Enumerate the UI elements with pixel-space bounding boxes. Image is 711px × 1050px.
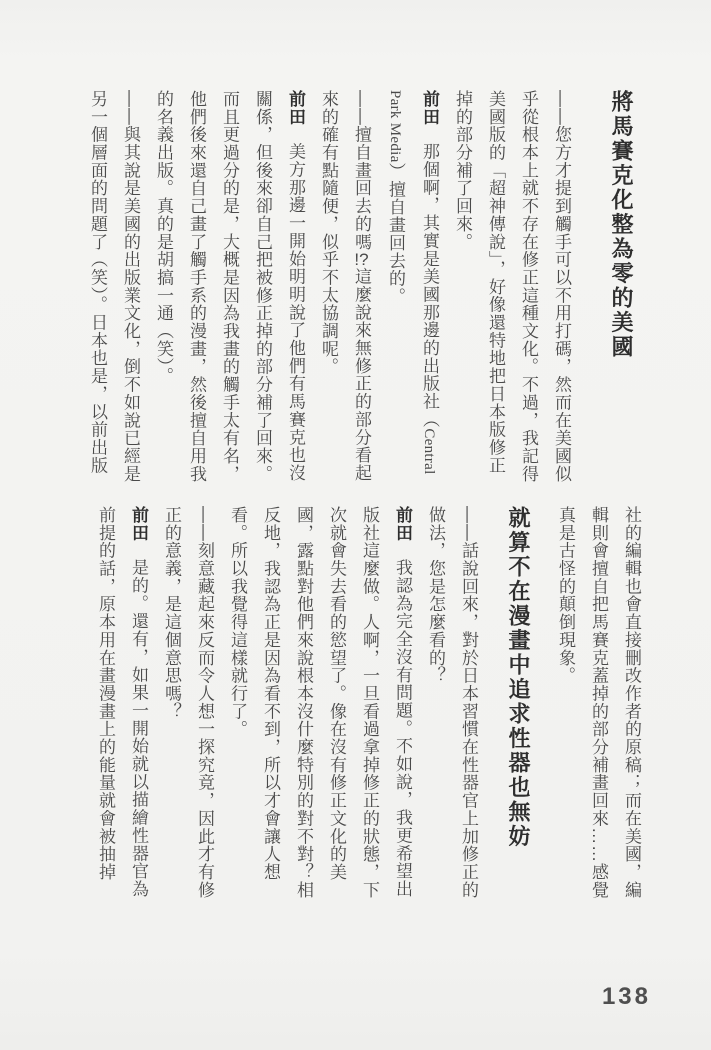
speaker-label: 前田: [393, 506, 412, 542]
bottom-text-band: 社的編輯也會直接刪改作者的原稿；而在美國，編輯則會擅自把馬賽克蓋掉的部分補畫回來…: [89, 506, 648, 900]
section-heading-mosaic-usa: 將馬賽克化整為零的美國: [604, 90, 638, 484]
speaker-label: 前田: [129, 506, 148, 542]
question-text: ——刻意藏起來反而令人想一探究竟，因此才有修正的意義，是這個意思嗎？: [162, 506, 214, 899]
maeda-answer: 前田那個啊，其實是美國那邊的出版社（Central Park Media）擅自畫…: [378, 90, 446, 484]
answer-text: 那個啊，其實是美國那邊的出版社（: [420, 143, 439, 429]
answer-text: 是的。還有，如果一開始就以描繪性器官為前提的話，原本用在畫漫畫上的能量就會被抽掉: [96, 506, 148, 898]
question-text: 社的編輯也會直接刪改作者的原稿；而在美國，編輯則會擅自把馬賽克蓋掉的部分補畫回來…: [556, 506, 641, 899]
question-text: ——話說回來，對於日本習慣在性器官上加修正的做法，您是怎麼看的？: [426, 506, 478, 899]
interviewer-question: ——話說回來，對於日本習慣在性器官上加修正的做法，您是怎麼看的？: [419, 506, 485, 900]
question-text: ——您方才提到觸手可以不用打碼，然而在美國似乎從根本上就不存在修正這種文化。不過…: [453, 90, 571, 483]
maeda-answer: 前田是的。還有，如果一開始就以描繪性器官為前提的話，原本用在畫漫畫上的能量就會被…: [89, 506, 155, 900]
question-text: ——與其說是美國的出版業文化，倒不如說已經是另一個層面的問題了（笑）。日本也是，…: [88, 90, 140, 483]
interviewer-question: ——與其說是美國的出版業文化，倒不如說已經是另一個層面的問題了（笑）。日本也是，…: [81, 90, 147, 484]
interviewer-question: ——刻意藏起來反而令人想一探究竟，因此才有修正的意義，是這個意思嗎？: [155, 506, 221, 900]
answer-text: 我認為完全沒有問題。不如說，我更希望出版社這麼做。人啊，一旦看過拿掉修正的狀態，…: [228, 506, 412, 899]
question-text: ——擅自畫回去的嗎: [352, 90, 371, 251]
book-page: 將馬賽克化整為零的美國 ——您方才提到觸手可以不用打碼，然而在美國似乎從根本上就…: [0, 0, 711, 1050]
question-continuation: 社的編輯也會直接刪改作者的原稿；而在美國，編輯則會擅自把馬賽克蓋掉的部分補畫回來…: [549, 506, 648, 900]
exclamation-question-glyph: !?: [352, 251, 371, 268]
section-heading-no-genitals-needed: 就算不在漫畫中追求性器也無妨: [501, 506, 535, 900]
maeda-answer: 前田我認為完全沒有問題。不如說，我更希望出版社這麼做。人啊，一旦看過拿掉修正的狀…: [221, 506, 419, 900]
answer-text: 美方那邊一開始明明說了他們有馬賽克也沒關係，但後來卻自己把被修正掉的部分補了回來…: [154, 90, 305, 483]
interviewer-question: ——擅自畫回去的嗎!?這麼說來無修正的部分看起來的確有點隨便，似乎不太協調呢。: [312, 90, 378, 484]
top-text-band: 將馬賽克化整為零的美國 ——您方才提到觸手可以不用打碼，然而在美國似乎從根本上就…: [81, 90, 638, 484]
speaker-label: 前田: [286, 90, 305, 126]
interviewer-question: ——您方才提到觸手可以不用打碼，然而在美國似乎從根本上就不存在修正這種文化。不過…: [446, 90, 578, 484]
maeda-answer: 前田美方那邊一開始明明說了他們有馬賽克也沒關係，但後來卻自己把被修正掉的部分補了…: [147, 90, 312, 484]
answer-text: ）擅自畫回去的。: [386, 163, 405, 306]
speaker-label: 前田: [420, 90, 439, 126]
page-number: 138: [602, 983, 651, 1011]
